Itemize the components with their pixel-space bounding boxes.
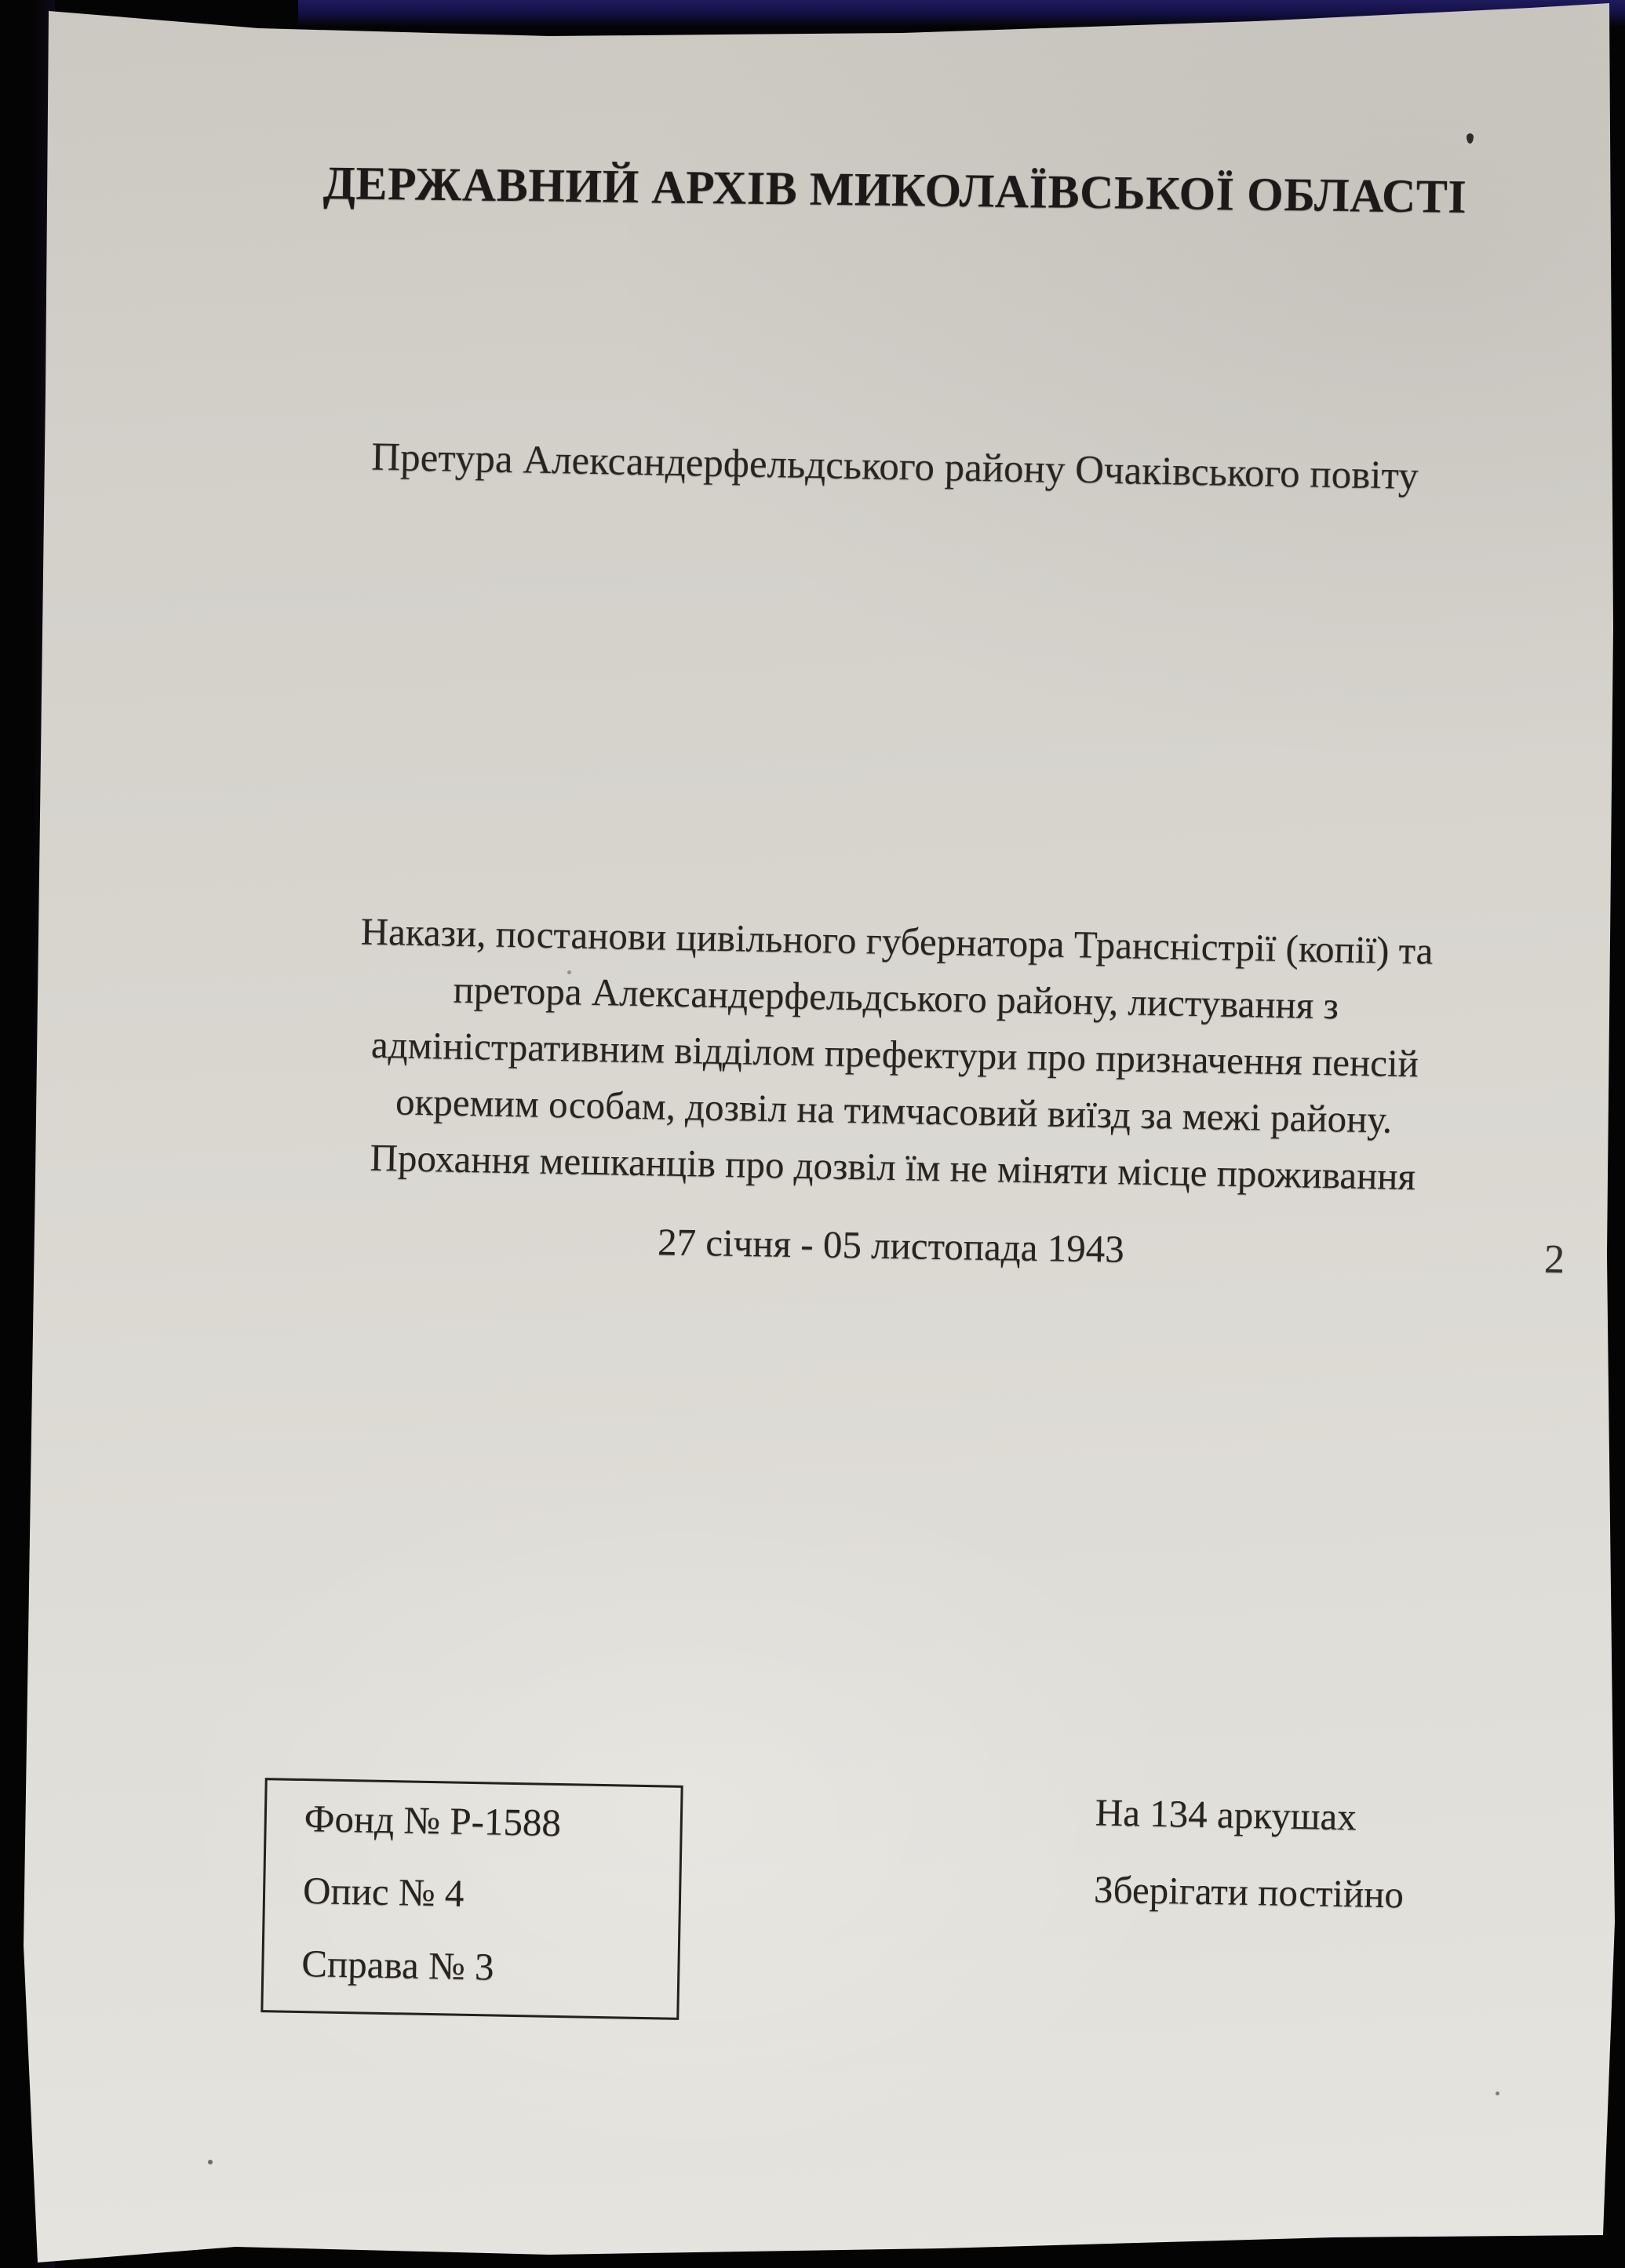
sprava-number: Справа № 3	[301, 1942, 670, 1993]
case-description: Накази, постанови цивільного губернатора…	[80, 898, 1625, 1210]
dust-speck-icon	[567, 970, 571, 974]
storage-info: На 134 аркушах Зберігати постійно	[1094, 1791, 1405, 1918]
document-photo: ДЕРЖАВНИЙ АРХІВ МИКОЛАЇВСЬКОЇ ОБЛАСТІ Пр…	[0, 0, 1625, 2268]
storage-term: Зберігати постійно	[1094, 1868, 1405, 1917]
date-range: 27 січня - 05 листопада 1943	[78, 1210, 1625, 1281]
fond-creator-title: Претура Александерфельдського району Оча…	[82, 429, 1625, 504]
sheet-count: На 134 аркушах	[1095, 1791, 1405, 1840]
fond-number: Фонд № Р-1588	[304, 1797, 672, 1848]
dust-speck-icon	[1496, 2091, 1499, 2095]
dust-speck-icon	[208, 2160, 213, 2164]
document-page: ДЕРЖАВНИЙ АРХІВ МИКОЛАЇВСЬКОЇ ОБЛАСТІ Пр…	[0, 0, 1625, 2268]
ink-speck-icon	[1467, 133, 1474, 144]
opys-number: Опис № 4	[303, 1869, 672, 1920]
page-number: 2	[1543, 1236, 1565, 1283]
archive-title: ДЕРЖАВНИЙ АРХІВ МИКОЛАЇВСЬКОЇ ОБЛАСТІ	[82, 153, 1625, 227]
archival-reference-box: Фонд № Р-1588 Опис № 4 Справа № 3	[261, 1778, 683, 2020]
